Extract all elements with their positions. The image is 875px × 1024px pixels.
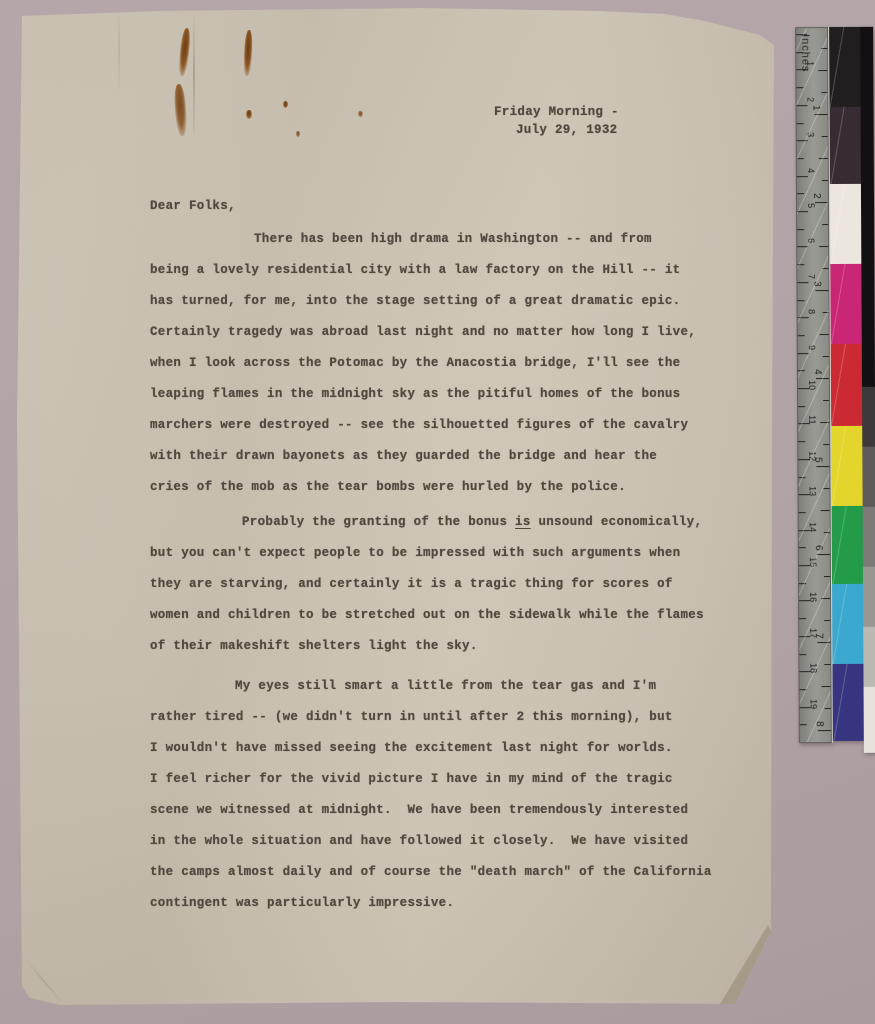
text-line: cries of the mob as the tear bombs were … (150, 472, 735, 503)
ruler-tick (824, 664, 830, 665)
salutation: Dear Folks, (150, 199, 236, 213)
ruler-tick (799, 583, 806, 584)
ruler: Inches 123456789101112131415161718191234… (795, 27, 832, 743)
text-line: marchers were destroyed -- see the silho… (150, 410, 735, 441)
ruler-tick (797, 247, 808, 248)
ruler-inches-label: Inches (799, 34, 811, 72)
ruler-tick (819, 246, 828, 247)
text-line: they are starving, and certainly it is a… (150, 569, 735, 600)
text-line: My eyes still smart a little from the te… (150, 671, 735, 702)
color-calibration-bar (828, 27, 864, 743)
ruler-inch-number: 8 (815, 721, 824, 727)
color-patch-magenta (830, 264, 861, 344)
text-line: women and children to be stretched out o… (150, 600, 735, 631)
ruler-inch-number: 3 (812, 281, 821, 287)
ruler-tick (798, 406, 805, 407)
ruler-tick (796, 70, 807, 71)
ruler-tick (796, 34, 807, 35)
ruler-cm-number: 12 (807, 451, 816, 461)
ruler-tick (824, 532, 830, 533)
ruler-tick (822, 686, 831, 687)
ruler-tick (797, 105, 808, 106)
color-patch-yellow (831, 426, 862, 506)
gray-step-2 (862, 447, 875, 507)
text-line: There has been high drama in Washington … (150, 224, 735, 255)
text-line: I wouldn't have missed seeing the excite… (150, 733, 735, 764)
ruler-inch-number: 2 (812, 193, 821, 199)
ruler-tick (819, 158, 828, 159)
text-line: with their drawn bayonets as they guarde… (150, 441, 735, 472)
ruler-cm-number: 3 (806, 132, 815, 137)
ruler-cm-number: 9 (807, 345, 816, 350)
ruler-cm-number: 1 (805, 61, 814, 66)
ruler-tick (815, 290, 828, 291)
text-line: contingent was particularly impressive. (150, 888, 735, 919)
text-line: the camps almost daily and of course the… (150, 857, 735, 888)
text-line: Certainly tragedy was abroad last night … (150, 317, 735, 348)
text-line: I feel richer for the vivid picture I ha… (150, 764, 735, 795)
ruler-tick (821, 598, 830, 599)
gray-step-1 (862, 387, 875, 447)
ruler-tick (824, 576, 830, 577)
color-patch-black (829, 27, 860, 107)
ruler-tick (818, 70, 827, 71)
ruler-tick (799, 636, 810, 637)
ruler-tick (797, 158, 804, 159)
ruler-cm-number: 14 (808, 522, 817, 532)
text-line: Probably the granting of the bonus is un… (150, 507, 735, 538)
ruler-tick (798, 477, 805, 478)
ruler-tick (798, 317, 809, 318)
ruler-cm-number: 16 (808, 592, 817, 602)
dateline-date: July 29, 1932 (494, 121, 619, 139)
ruler-tick (797, 264, 804, 265)
ruler-cm-number: 10 (807, 380, 816, 390)
gray-step-0 (860, 27, 875, 387)
ruler-cm-number: 19 (809, 699, 818, 709)
text-line: being a lovely residential city with a l… (150, 255, 735, 286)
ruler-tick (822, 268, 828, 269)
ruler-tick (800, 707, 811, 708)
ruler-cm-number: 8 (807, 309, 816, 314)
ruler-tick (823, 312, 829, 313)
color-patch-red (831, 344, 862, 426)
text-line: leaping flames in the midnight sky as th… (150, 379, 735, 410)
paper-crease (24, 958, 62, 1002)
ruler-cm-number: 2 (805, 97, 814, 102)
ruler-tick (797, 123, 804, 124)
ruler-cm-number: 13 (808, 486, 817, 496)
ruler-tick (822, 180, 828, 181)
ruler-inch-number: 4 (813, 369, 822, 375)
ruler-cm-number: 15 (808, 557, 817, 567)
text-line: scene we witnessed at midnight. We have … (150, 795, 735, 826)
ruler-tick (824, 620, 830, 621)
ruler-tick (797, 140, 808, 141)
photo-background: Friday Morning - July 29, 1932 Dear Folk… (0, 0, 875, 1024)
ruler-cm-number: 4 (806, 168, 815, 173)
ruler-inch-number: 7 (814, 633, 823, 639)
ruler-tick (799, 565, 810, 566)
ruler-cm-number: 6 (806, 238, 815, 243)
text-line: but you can't expect people to be impres… (150, 538, 735, 569)
ruler-tick (820, 334, 829, 335)
text-line: rather tired -- (we didn't turn in until… (150, 702, 735, 733)
ruler-tick (817, 554, 830, 555)
ruler-tick (820, 422, 829, 423)
ruler-cm-number: 18 (808, 663, 817, 673)
ruler-tick (800, 689, 807, 690)
text-line: in the whole situation and have followed… (150, 826, 735, 857)
paragraph: My eyes still smart a little from the te… (150, 671, 735, 919)
letter-dateline: Friday Morning - July 29, 1932 (494, 103, 619, 139)
ruler-tick (822, 224, 828, 225)
ruler-tick (798, 353, 809, 354)
gray-step-5 (863, 627, 875, 687)
ruler-tick (798, 300, 805, 301)
ruler-tick (798, 370, 805, 371)
ruler-cm-number: 17 (808, 628, 817, 638)
ruler-tick (825, 708, 831, 709)
ruler-tick (822, 136, 828, 137)
rust-stain (243, 30, 253, 76)
ruler-tick (796, 87, 803, 88)
text-line: has turned, for me, into the stage setti… (150, 286, 735, 317)
text-line: of their makeshift shelters light the sk… (150, 631, 735, 662)
ruler-tick (797, 229, 804, 230)
ruler-tick (815, 114, 828, 115)
paragraph: Probably the granting of the bonus is un… (150, 507, 735, 662)
ruler-tick (816, 466, 829, 467)
text-line: when I look across the Potomac by the An… (150, 348, 735, 379)
ruler-tick (797, 176, 808, 177)
rust-stain (296, 131, 300, 137)
rust-stain (283, 101, 288, 108)
ruler-tick (821, 92, 827, 93)
ruler-tick (823, 444, 829, 445)
ruler-inch-number: 5 (813, 457, 822, 463)
ruler-tick (797, 211, 808, 212)
ruler-inch-number: 1 (812, 105, 821, 111)
ruler-tick (798, 441, 805, 442)
rust-stain (173, 84, 188, 137)
ruler-tick (796, 52, 803, 53)
color-patch-dark-purple (830, 107, 861, 184)
ruler-tick (799, 530, 810, 531)
ruler-tick (798, 459, 809, 460)
ruler-tick (797, 282, 808, 283)
dateline-day: Friday Morning - (494, 103, 619, 121)
ruler-tick (799, 654, 806, 655)
ruler-tick (800, 724, 807, 725)
rust-stain (358, 111, 363, 117)
ruler-tick (799, 512, 806, 513)
ruler-cm-number: 7 (806, 274, 815, 279)
ruler-tick (824, 488, 830, 489)
ruler-inch-number: 6 (814, 545, 823, 551)
ruler-tick (798, 335, 805, 336)
paper-crease (118, 10, 120, 90)
rust-stain (178, 28, 192, 77)
ruler-cm-number: 11 (807, 415, 816, 424)
ruler-tick (799, 494, 810, 495)
ruler-tick (817, 642, 830, 643)
ruler-tick (799, 601, 810, 602)
ruler-cm-number: 5 (806, 203, 815, 208)
ruler-tick (823, 356, 829, 357)
ruler-tick (798, 388, 809, 389)
ruler-tick (799, 618, 806, 619)
ruler-tick (821, 48, 827, 49)
ruler-tick (799, 547, 806, 548)
ruler-tick (797, 193, 804, 194)
color-patch-cyan (832, 584, 863, 664)
ruler-tick (816, 378, 829, 379)
gray-step-4 (863, 567, 875, 627)
gray-step-6 (864, 687, 875, 753)
rust-stain (246, 110, 252, 119)
letter-body: There has been high drama in Washington … (150, 224, 735, 919)
color-patch-white (830, 184, 861, 264)
ruler-tick (821, 510, 830, 511)
paper-crease (193, 12, 195, 134)
ruler-tick (823, 400, 829, 401)
color-patch-green (832, 506, 863, 584)
color-patch-navy (832, 664, 863, 741)
ruler-tick (815, 202, 828, 203)
reference-strip: Inches 123456789101112131415161718191234… (795, 27, 875, 753)
ruler-tick (818, 730, 831, 731)
ruler-tick (799, 671, 810, 672)
gray-step-3 (863, 507, 875, 567)
paragraph: There has been high drama in Washington … (150, 224, 735, 503)
ruler-tick (798, 424, 809, 425)
